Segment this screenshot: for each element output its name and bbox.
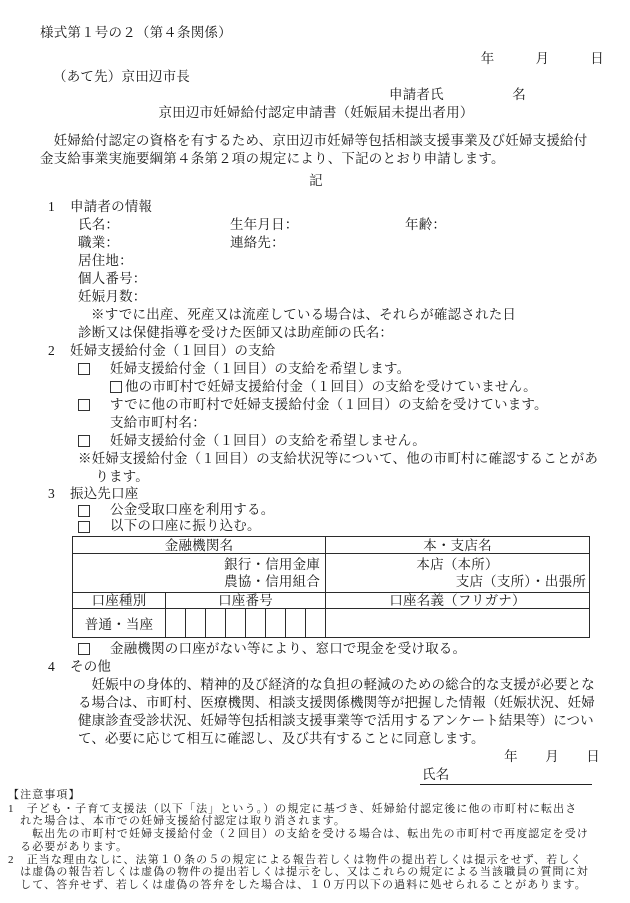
addressee: （あて先）京田辺市長 (53, 68, 592, 86)
branch-type-option-1: 本店（本所） (326, 556, 589, 573)
option-not-received-elsewhere: 他の市町村で妊婦支援給付金（１回目）の支給を受けていません。 (110, 378, 592, 396)
checkbox-public-account[interactable] (78, 505, 90, 517)
residence-field-label: 居住地： (78, 252, 592, 270)
section4-heading: 4 その他 (40, 658, 592, 676)
account-holder-header-cell: 口座名義（フリガナ） (326, 593, 590, 609)
section3-heading: 3 振込先口座 (40, 486, 592, 502)
applicant-name-label: 申請者氏 名 (40, 86, 526, 104)
checkbox-not-received-elsewhere[interactable] (110, 381, 122, 393)
checkbox-cash-at-counter[interactable] (78, 643, 90, 655)
signature-label: 氏名 (422, 767, 449, 782)
account-number-digit-cell[interactable] (286, 609, 306, 638)
account-number-digit-cell[interactable] (206, 609, 226, 638)
section3-title: 振込先口座 (70, 486, 592, 502)
date-blank-bottom: 年 月 日 (40, 748, 600, 766)
section4-title: その他 (70, 658, 592, 676)
option-decline-payment: 妊婦支援給付金（１回目）の支給を希望しません。 (78, 432, 592, 450)
option-not-received-elsewhere-label: 他の市町村で妊婦支援給付金（１回目）の支給を受けていません。 (125, 378, 592, 396)
consent-paragraph: 妊娠中の身体的、精神的及び経済的な負担の軽減のための総合的な支援が必要とな る場… (78, 676, 602, 748)
option-transfer-account: 以下の口座に振り込む。 (78, 518, 592, 534)
option-already-received-label: すでに他の市町村で妊婦支援給付金（１回目）の支給を受けています。 (110, 396, 592, 414)
record-heading: 記 (40, 172, 592, 190)
option-decline-payment-label: 妊婦支援給付金（１回目）の支給を希望しません。 (110, 432, 592, 450)
account-number-header-cell: 口座番号 (166, 593, 326, 609)
notes-heading: 【注意事項】 (8, 789, 625, 803)
account-number-digit-cell[interactable] (226, 609, 246, 638)
financial-institution-header-cell: 金融機関名 (73, 537, 326, 554)
branch-type-option-2: 支店（支所）・出張所 (326, 573, 589, 590)
section1-title: 申請者の情報 (70, 198, 592, 216)
account-number-digit-cell[interactable] (306, 609, 326, 638)
branch-header-cell: 本・支店名 (326, 537, 590, 554)
section1-note: ※すでに出産、死産又は流産している場合は、それらが確認された日 (91, 306, 592, 324)
intro-paragraph: 妊婦給付認定の資格を有するため、京田辺市妊婦等包括相談支援事業及び妊婦支援給付 … (40, 132, 596, 168)
bank-account-table: 金融機関名 本・支店名 銀行・信用金庫 農協・信用組合 本店（本所） 支店（支所… (72, 536, 590, 638)
paying-municipality-row: 支給市町村名： (110, 414, 592, 432)
option-already-received: すでに他の市町村で妊婦支援給付金（１回目）の支給を受けています。 (78, 396, 592, 414)
section2-note: ※妊婦支援給付金（１回目）の支給状況等について、他の市町村に確認することがあ り… (78, 450, 602, 486)
checkbox-decline-payment[interactable] (78, 435, 90, 447)
age-field-label: 年齢： (405, 216, 592, 234)
date-blank-top: 年 月 日 (40, 50, 604, 68)
account-type-options-cell[interactable]: 普通・当座 (73, 609, 166, 638)
form-number: 様式第１号の２（第４条関係） (40, 24, 592, 42)
notes-body: 1 子ども・子育て支援法（以下「法」という。）の規定に基づき、妊婦給付認定後に他… (8, 803, 625, 893)
section1-number: 1 (40, 198, 70, 216)
section2-title: 妊婦支援給付金（１回目）の支給 (70, 342, 592, 360)
applicant-info-row1: 氏名： 生年月日： 年齢： (78, 216, 592, 234)
section2-heading: 2 妊婦支援給付金（１回目）の支給 (40, 342, 592, 360)
account-type-header-cell: 口座種別 (73, 593, 166, 609)
checkbox-wish-payment[interactable] (78, 363, 90, 375)
notes-section: 【注意事項】 1 子ども・子育て支援法（以下「法」という。）の規定に基づき、妊婦… (8, 789, 625, 892)
option-cash-at-counter: 金融機関の口座がない等により、窓口で現金を受け取る。 (78, 640, 592, 658)
account-number-digit-cell[interactable] (186, 609, 206, 638)
institution-type-option-1: 銀行・信用金庫 (73, 556, 325, 573)
doctor-field-label: 診断又は保健指導を受けた医師又は助産師の氏名： (78, 324, 592, 342)
birthdate-field-label: 生年月日： (230, 216, 405, 234)
section4-number: 4 (40, 658, 70, 676)
account-holder-input-cell[interactable] (326, 609, 590, 638)
option-transfer-account-label: 以下の口座に振り込む。 (110, 518, 592, 534)
option-wish-payment-label: 妊婦支援給付金（１回目）の支給を希望します。 (110, 360, 592, 378)
section1-heading: 1 申請者の情報 (40, 198, 592, 216)
pregnancy-months-field-label: 妊娠月数： (78, 288, 592, 306)
checkbox-transfer-account[interactable] (78, 521, 90, 533)
option-public-account-label: 公金受取口座を利用する。 (110, 502, 592, 518)
section3-number: 3 (40, 486, 70, 502)
contact-field-label: 連絡先： (230, 234, 405, 252)
document-title: 京田辺市妊婦給付認定申請書（妊娠届未提出者用） (40, 104, 592, 122)
option-public-account: 公金受取口座を利用する。 (78, 502, 592, 518)
option-cash-at-counter-label: 金融機関の口座がない等により、窓口で現金を受け取る。 (110, 640, 592, 658)
name-field-label: 氏名： (78, 216, 230, 234)
application-form-page: 様式第１号の２（第４条関係） 年 月 日 （あて先）京田辺市長 申請者氏 名 京… (0, 0, 630, 892)
signature-row: 氏名 (40, 766, 592, 785)
branch-input-cell[interactable]: 本店（本所） 支店（支所）・出張所 (326, 554, 590, 593)
occupation-field-label: 職業： (78, 234, 230, 252)
institution-type-option-2: 農協・信用組合 (73, 573, 325, 590)
applicant-info-row2: 職業： 連絡先： (78, 234, 592, 252)
account-number-digit-cell[interactable] (266, 609, 286, 638)
personal-number-field-label: 個人番号： (78, 270, 592, 288)
section2-number: 2 (40, 342, 70, 360)
account-number-digit-cell[interactable] (246, 609, 266, 638)
signature-line[interactable]: 氏名 (420, 766, 592, 785)
financial-institution-input-cell[interactable]: 銀行・信用金庫 農協・信用組合 (73, 554, 326, 593)
account-number-digit-cell[interactable] (166, 609, 186, 638)
checkbox-already-received[interactable] (78, 399, 90, 411)
option-wish-payment: 妊婦支援給付金（１回目）の支給を希望します。 (78, 360, 592, 378)
paying-municipality-label: 支給市町村名： (110, 414, 592, 432)
